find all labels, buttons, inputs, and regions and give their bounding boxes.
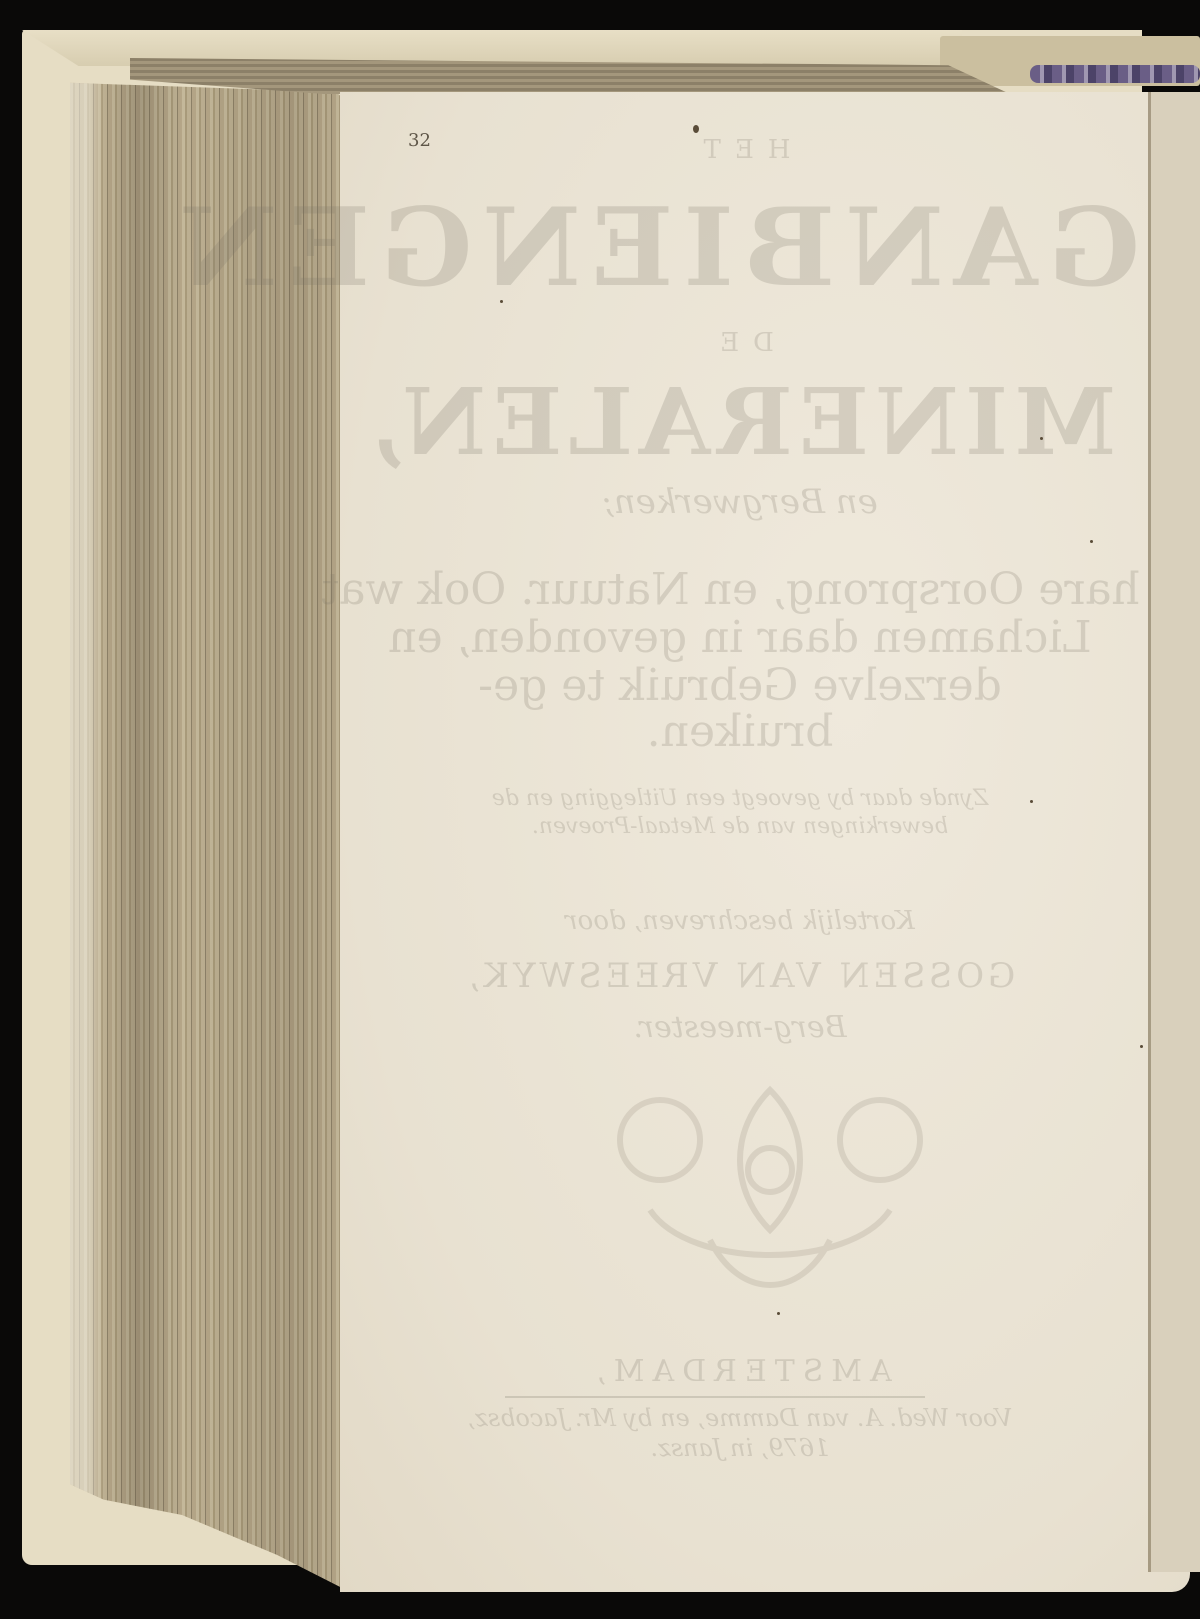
show-through-title: MINERALEN, [340,368,1140,476]
paper-speck [1040,437,1043,440]
show-through-line: 1679, in Jansz. [340,1434,1140,1462]
paper-speck [1030,800,1033,803]
rule-line [505,1396,925,1398]
show-through-line: Kortelijk beschreven, door [340,906,1140,936]
show-through-line: Voor Wed. A. van Damme, en by Mr. Jacobs… [340,1404,1140,1432]
show-through-line: Lichamen daar in gevonden, en [340,612,1140,663]
show-through-author: GOSSEN VAN VREESWYK, [340,956,1140,996]
show-through-line: Berg-meester. [340,1010,1140,1045]
paper-speck [1140,1045,1143,1048]
paper-speck [777,1312,780,1315]
show-through-line: Zynde daar by gevoegt een Uitlegging en … [340,786,1140,811]
headband [1030,65,1200,83]
show-through-line: DE [340,328,1140,358]
show-through-line: hare Oorsprong, en Natuur. Ook wat [340,564,1140,615]
show-through-line: en Bergwerken; [340,482,1140,522]
show-through-imprint: AMSTERDAM, [340,1354,1140,1389]
gutter-line [1148,92,1151,1572]
paper-speck [500,300,503,303]
show-through-line: bruiken. [340,706,1140,757]
ornament-icon [590,1070,950,1310]
facing-page-edge [1151,92,1200,1572]
show-through-title: GANBIENGEN [340,185,1140,311]
paper-speck [1090,540,1093,543]
show-through-line: derzelve Gebruik te ge- [340,660,1140,711]
paper-speck [693,125,699,133]
show-through-line: HET [340,135,1140,165]
show-through-line: bewerkingen van de Metaal-Proeven. [340,814,1140,839]
